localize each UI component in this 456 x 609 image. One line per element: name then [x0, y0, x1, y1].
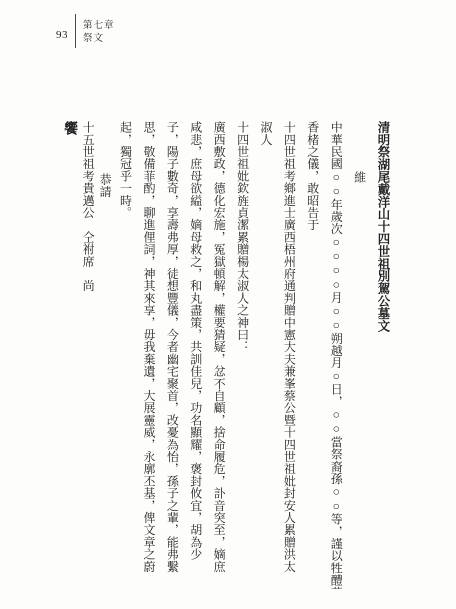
text-column: 思，敬備菲酌，聊進俚詞，神其來享，毋我棄遺，大展靈威，永廓丕基，俾文章之蔚: [137, 121, 160, 589]
text-column: 中華民國○○年歲次○○○○月○○朔越月○日，○○當祭裔孫○○等，謹以牲醴菓品: [324, 121, 347, 589]
text-column: 饗: [60, 121, 79, 589]
page-number: 93: [38, 21, 75, 41]
chapter-title: 第七章: [83, 20, 115, 33]
chapter-block: 第七章 祭文: [83, 17, 115, 46]
text-column: 廣西敷政，德化宏施，冤獄頓解，權要猜疑，忿不自顧，捨命履危，訃音突至，嫡庶: [207, 121, 230, 589]
text-column: 淑人: [254, 121, 277, 589]
text-column: 十五世祖考貴邁公 仝祔席 尚: [79, 121, 96, 589]
text-column: 咸悲，庶母欲縊，嫡母救之，和丸盡策，共訓佳兒，功名顯耀，褒封攸宜，胡為少: [183, 121, 206, 589]
text-column: 十四世祖妣欽旌貞潔累贈楊太淑人之神曰：: [230, 121, 253, 589]
running-head: 93 第七章 祭文: [38, 14, 115, 48]
text-column: 恭請: [96, 121, 113, 589]
text-columns: 清明祭湖尾戴洋山十四世祖別駕公墓文維中華民國○○年歲次○○○○月○○朔越月○日，…: [60, 121, 394, 589]
header-divider-rule: [75, 14, 76, 48]
text-column: 清明祭湖尾戴洋山十四世祖別駕公墓文: [371, 121, 394, 589]
text-column: 維: [347, 121, 370, 589]
text-column: 香楮之儀，敢昭告于: [300, 121, 323, 589]
section-title: 祭文: [83, 33, 115, 46]
text-column: 子，陽子數奇，享壽弗厚，徒想豐儀，今者幽宅聚首，改憂為怡，孫子之輩，能弗繫: [160, 121, 183, 589]
text-column: 起，獨冠乎一時。: [113, 121, 136, 589]
text-column: 十四世祖考鄉進士廣西梧州府通判贈中憲大夫兼峯蔡公暨十四世祖妣封安人累贈洪太: [277, 121, 300, 589]
book-page: 93 第七章 祭文 清明祭湖尾戴洋山十四世祖別駕公墓文維中華民國○○年歲次○○○…: [0, 0, 456, 609]
